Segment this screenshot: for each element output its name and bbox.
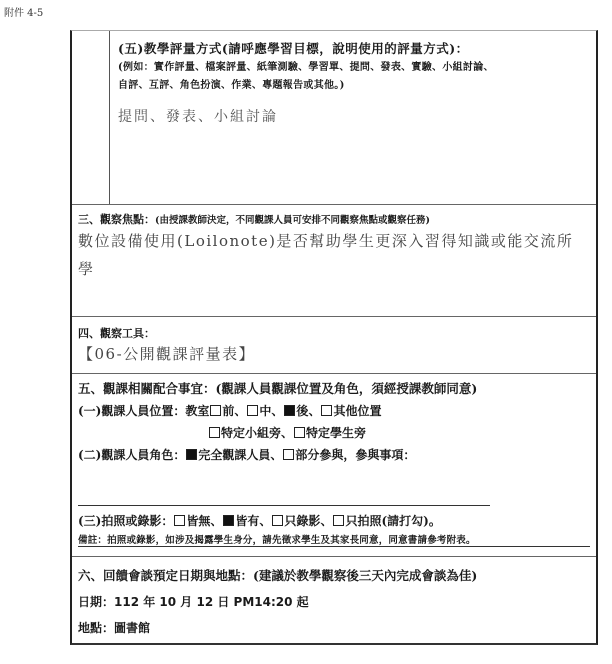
focus-answer-line1[interactable]: 數位設備使用(Loilonote)是否幫助學生更深入習得知識或能交流所 xyxy=(78,227,590,255)
position-row-2: 特定小組旁、特定學生旁 xyxy=(78,422,590,444)
role-row: (二)觀課人員角色：完全觀課人員、部分參與，參與事項： xyxy=(78,444,590,466)
observation-form-table: (五)教學評量方式(請呼應學習目標，說明使用的評量方式)： (例如：實作評量、檔… xyxy=(70,30,598,645)
assessment-example-line1: (例如：實作評量、檔案評量、紙筆測驗、學習單、提問、發表、實驗、小組討論、 xyxy=(118,59,588,77)
tools-answer[interactable]: 【06-公開觀課評量表】 xyxy=(78,341,590,367)
checkbox-photo-only[interactable] xyxy=(333,515,344,526)
assessment-content: (五)教學評量方式(請呼應學習目標，說明使用的評量方式)： (例如：實作評量、檔… xyxy=(110,31,596,204)
option-specific-student-label: 特定學生旁 xyxy=(306,426,366,440)
option-middle-label: 中 xyxy=(259,404,271,418)
tools-title: 四、觀察工具： xyxy=(78,325,590,341)
checkbox-back[interactable] xyxy=(284,405,295,416)
option-front-label: 前 xyxy=(222,404,234,418)
option-video-only-label: 只錄影 xyxy=(284,514,320,528)
checkbox-none[interactable] xyxy=(174,515,185,526)
checkbox-partial-participation[interactable] xyxy=(283,449,294,460)
checkbox-other-position[interactable] xyxy=(321,405,332,416)
left-label-column xyxy=(72,31,110,204)
tools-section: 四、觀察工具： 【06-公開觀課評量表】 xyxy=(72,316,596,373)
focus-section: 三、觀察焦點：(由授課教師決定，不同觀課人員可安排不同觀察焦點或觀察任務) 數位… xyxy=(72,204,596,316)
feedback-title: 六、回饋會談預定日期與地點：(建議於教學觀察後三天內完成會談為佳) xyxy=(78,563,590,589)
feedback-section: 六、回饋會談預定日期與地點：(建議於教學觀察後三天內完成會談為佳) 日期：112… xyxy=(72,556,596,644)
participation-blank-line[interactable] xyxy=(78,505,490,506)
focus-note: (由授課教師決定，不同觀課人員可安排不同觀察焦點或觀察任務) xyxy=(155,215,430,226)
recording-suffix: (請打勾)。 xyxy=(381,514,440,528)
assessment-section: (五)教學評量方式(請呼應學習目標，說明使用的評量方式)： (例如：實作評量、檔… xyxy=(72,31,596,204)
recording-remark: 備註：拍照或錄影，如涉及揭露學生身分，請先徵求學生及其家長同意，同意書請參考附表… xyxy=(78,532,590,547)
focus-answer-line2[interactable]: 學 xyxy=(78,255,590,283)
option-none-label: 皆無 xyxy=(186,514,210,528)
option-full-observer-label: 完全觀課人員 xyxy=(198,448,270,462)
position-row: (一)觀課人員位置：教室前、中、後、其他位置 xyxy=(78,400,590,422)
arrangements-section: 五、觀課相關配合事宜：(觀課人員觀課位置及角色，須經授課教師同意) (一)觀課人… xyxy=(72,373,596,556)
checkbox-specific-group[interactable] xyxy=(209,427,220,438)
option-specific-group-label: 特定小組旁 xyxy=(221,426,281,440)
feedback-place-row: 地點：圖書館 xyxy=(78,615,590,641)
role-label: (二)觀課人員角色： xyxy=(78,448,185,462)
checkbox-both[interactable] xyxy=(223,515,234,526)
place-label: 地點： xyxy=(78,621,114,635)
recording-row: (三)拍照或錄影：皆無、皆有、只錄影、只拍照(請打勾)。 xyxy=(78,510,441,532)
option-photo-only-label: 只拍照 xyxy=(345,514,381,528)
checkbox-specific-student[interactable] xyxy=(294,427,305,438)
date-label: 日期： xyxy=(78,595,114,609)
checkbox-full-observer[interactable] xyxy=(186,449,197,460)
checkbox-front[interactable] xyxy=(210,405,221,416)
option-partial-participation-label: 部分參與，參與事項： xyxy=(295,448,415,462)
option-other-position-label: 其他位置 xyxy=(333,404,381,418)
option-back-label: 後 xyxy=(296,404,308,418)
assessment-example-line2: 自評、互評、角色扮演、作業、專題報告或其他。) xyxy=(118,77,588,95)
checkbox-middle[interactable] xyxy=(247,405,258,416)
option-both-label: 皆有 xyxy=(235,514,259,528)
checkbox-video-only[interactable] xyxy=(272,515,283,526)
recording-label: (三)拍照或錄影： xyxy=(78,514,173,528)
feedback-date-row: 日期：112 年 10 月 12 日 PM14:20 起 xyxy=(78,589,590,615)
place-value[interactable]: 圖書館 xyxy=(114,621,150,635)
focus-title: 三、觀察焦點： xyxy=(78,213,155,226)
attachment-label: 附件 4-5 xyxy=(4,4,43,19)
focus-heading: 三、觀察焦點：(由授課教師決定，不同觀課人員可安排不同觀察焦點或觀察任務) xyxy=(78,211,590,227)
assessment-title: (五)教學評量方式(請呼應學習目標，說明使用的評量方式)： xyxy=(118,39,588,59)
position-label: (一)觀課人員位置：教室 xyxy=(78,404,209,418)
arrangements-title: 五、觀課相關配合事宜：(觀課人員觀課位置及角色，須經授課教師同意) xyxy=(78,378,590,400)
date-value[interactable]: 112 年 10 月 12 日 PM14:20 起 xyxy=(114,595,309,609)
assessment-answer[interactable]: 提問、發表、小組討論 xyxy=(118,105,588,129)
